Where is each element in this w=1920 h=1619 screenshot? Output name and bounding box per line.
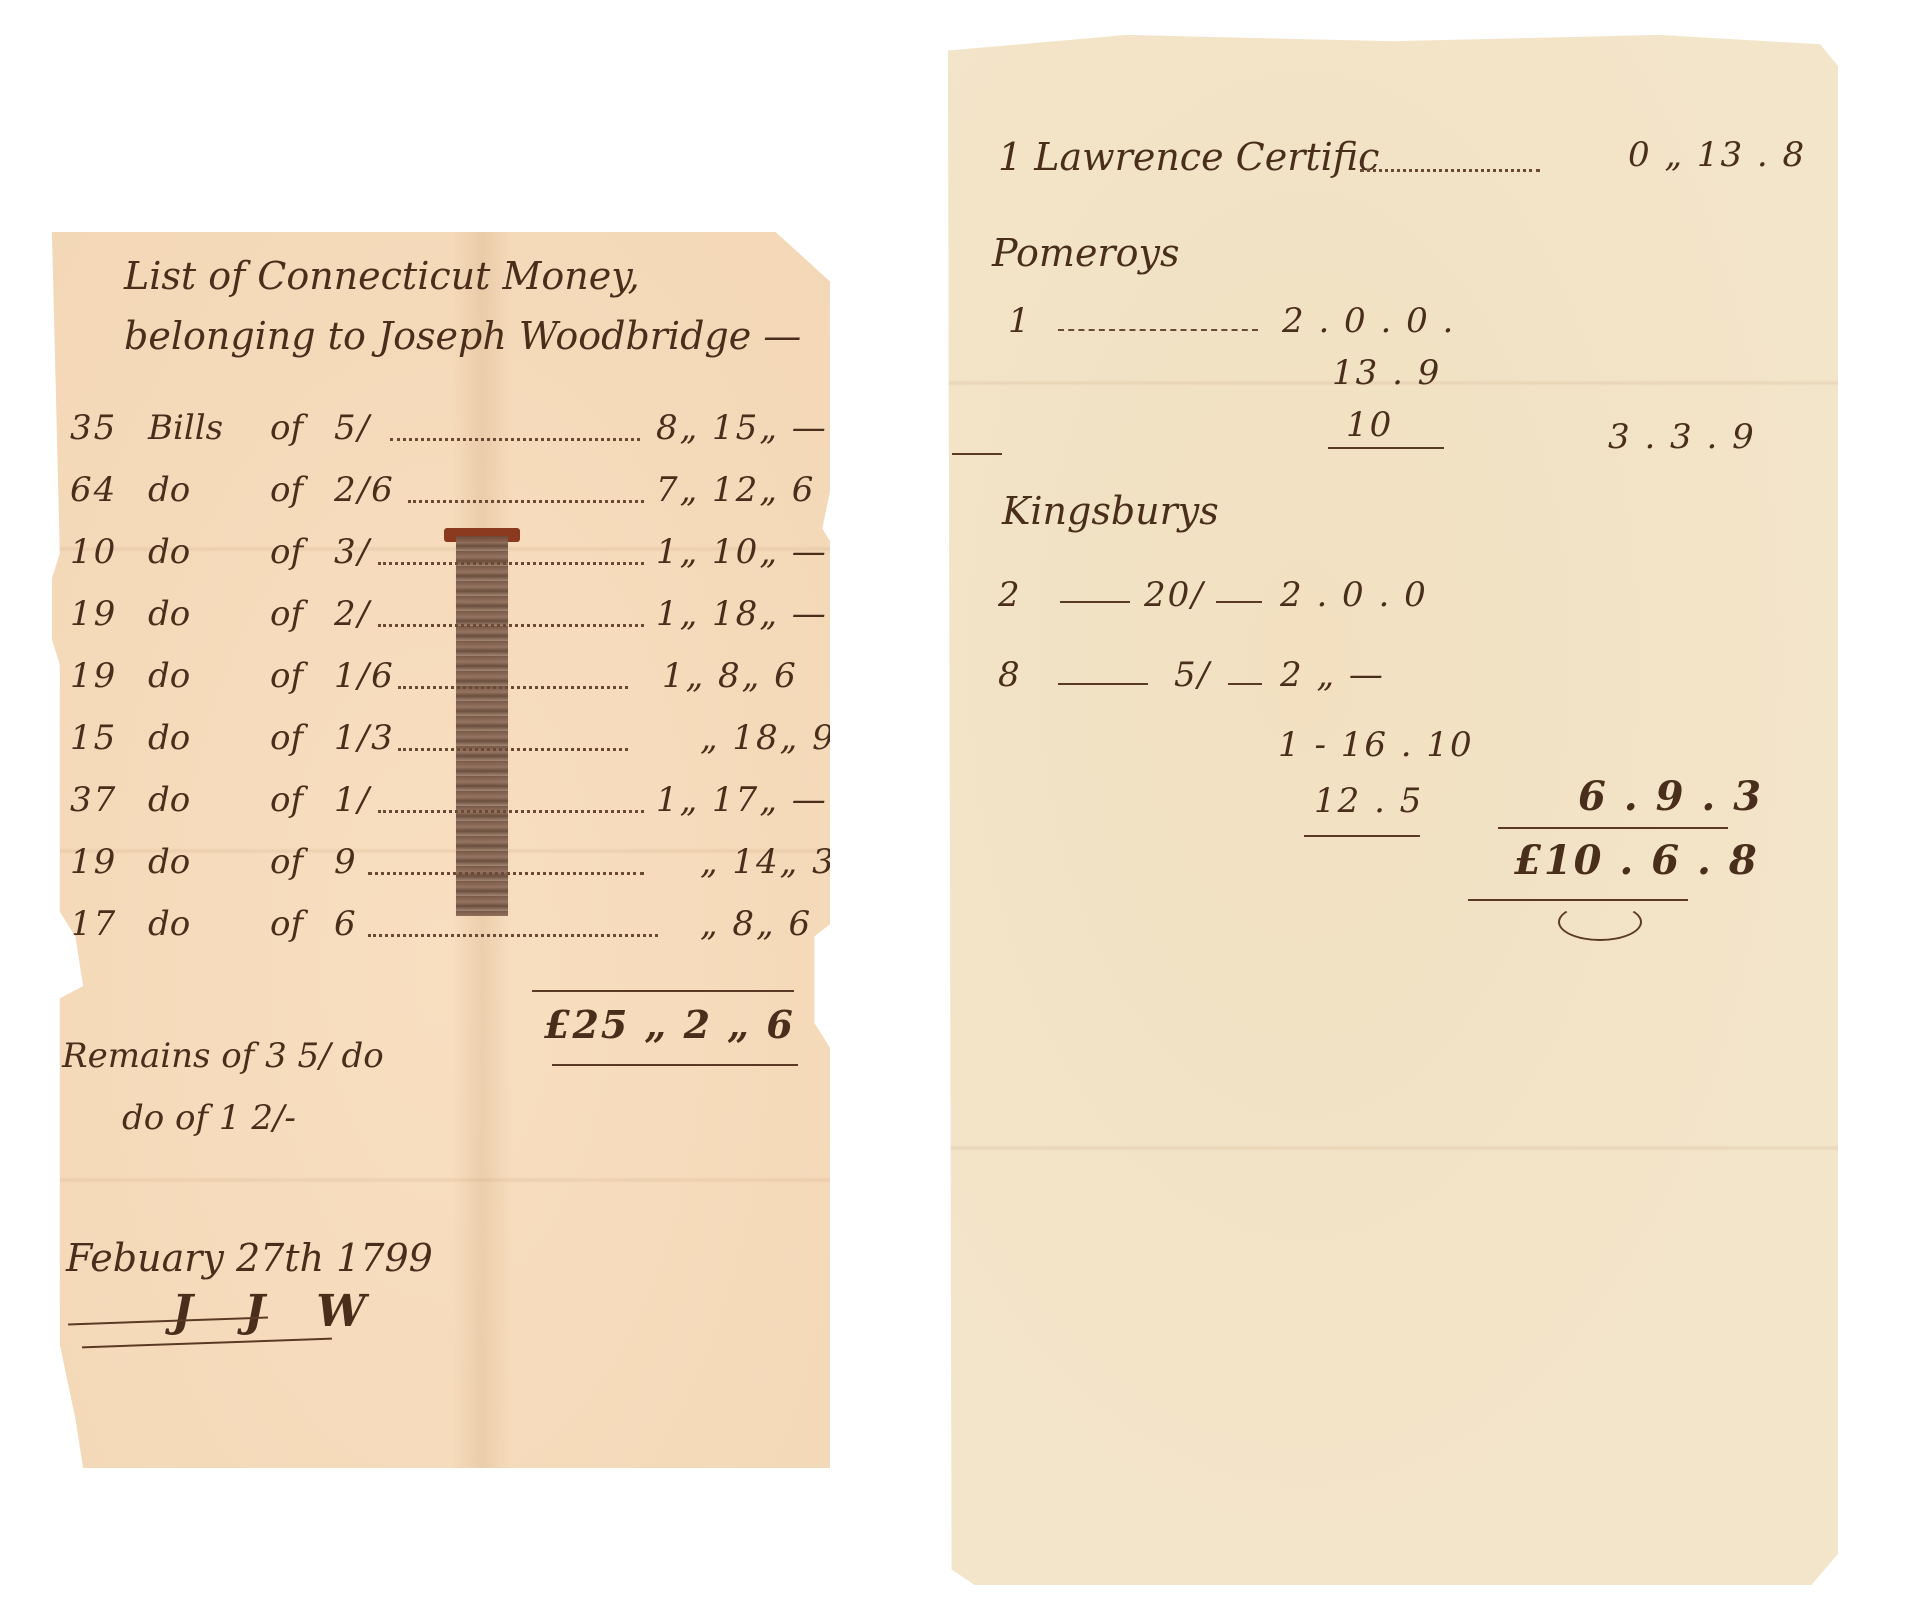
- row-of: of: [270, 904, 303, 944]
- kingsburys-row-label: 2: [998, 575, 1022, 615]
- row-count: 37: [70, 780, 117, 820]
- ledger-title-line2: belonging to Joseph Woodbridge —: [124, 314, 801, 358]
- row-denomination: 2/6: [334, 470, 395, 510]
- certificate-amount: 0 „ 13 . 8: [1628, 135, 1806, 175]
- ledger-total: £25 „ 2 „ 6: [544, 1002, 795, 1047]
- row-amount: 8„ 15„ —: [656, 408, 828, 448]
- row-unit: Bills: [148, 408, 223, 448]
- row-of: of: [270, 780, 303, 820]
- row-count: 19: [70, 842, 117, 882]
- row-count: 35: [70, 408, 117, 448]
- ledger-row: 10 do of 3/ 1„ 10„ —: [52, 532, 830, 592]
- grand-total: £10 . 6 . 8: [1514, 837, 1759, 884]
- leader-rule: [1216, 601, 1262, 603]
- separator-rule: [952, 453, 1002, 455]
- row-count: 19: [70, 594, 117, 634]
- row-count: 64: [70, 470, 117, 510]
- row-of: of: [270, 718, 303, 758]
- signature-underline: [82, 1338, 332, 1349]
- ledger-title-line1: List of Connecticut Money,: [124, 254, 640, 298]
- pomeroys-amount: 2 . 0 . 0 .: [1282, 301, 1455, 341]
- leader-dots: [368, 934, 658, 937]
- row-of: of: [270, 656, 303, 696]
- pomeroys-heading: Pomeroys: [992, 231, 1179, 275]
- row-of: of: [270, 594, 303, 634]
- kingsburys-heading: Kingsburys: [1002, 489, 1219, 533]
- remains-line1: Remains of 3 5/ do: [62, 1036, 384, 1076]
- pomeroys-total: 3 . 3 . 9: [1608, 417, 1756, 457]
- row-amount: 1„ 17„ —: [656, 780, 828, 820]
- ledger-row: 35 Bills of 5/ 8„ 15„ —: [52, 408, 830, 468]
- kingsburys-row-label: 8: [998, 655, 1022, 695]
- row-unit: do: [148, 470, 190, 510]
- ledger-row: 19 do of 2/ 1„ 18„ —: [52, 594, 830, 654]
- leader-dots: [398, 748, 628, 751]
- leader-dots: [378, 810, 644, 813]
- row-of: of: [270, 470, 303, 510]
- pomeroys-row-label: 1: [1008, 301, 1032, 341]
- ledger-row: 64 do of 2/6 7„ 12„ 6: [52, 470, 830, 530]
- sum-rule: [532, 990, 794, 992]
- total-underline: [552, 1064, 798, 1066]
- row-denomination: 3/: [334, 532, 371, 572]
- leader-dashes: [1058, 329, 1258, 331]
- leader-rule: [1060, 601, 1130, 603]
- row-amount: 1„ 8„ 6: [662, 656, 798, 696]
- row-unit: do: [148, 842, 190, 882]
- row-of: of: [270, 408, 303, 448]
- horizontal-fold: [52, 1177, 830, 1183]
- row-denomination: 6: [334, 904, 358, 944]
- leader-dots: [1360, 169, 1540, 172]
- pomeroys-amount: 13 . 9: [1332, 353, 1441, 393]
- row-unit: do: [148, 656, 190, 696]
- row-unit: do: [148, 904, 190, 944]
- right-account-sheet: 1 Lawrence Certific 0 „ 13 . 8 Pomeroys …: [948, 35, 1838, 1585]
- sum-rule: [1328, 447, 1444, 449]
- ledger-row: 19 do of 9 „ 14„ 3: [52, 842, 830, 902]
- row-denomination: 1/3: [334, 718, 395, 758]
- leader-dots: [408, 500, 644, 503]
- flourish: [1558, 903, 1642, 941]
- row-unit: do: [148, 780, 190, 820]
- leader-dots: [378, 562, 644, 565]
- kingsburys-rate: 5/: [1174, 655, 1211, 695]
- leader-dots: [390, 438, 640, 441]
- row-denomination: 5/: [334, 408, 371, 448]
- row-unit: do: [148, 532, 190, 572]
- leader-dots: [378, 624, 644, 627]
- row-denomination: 1/: [334, 780, 371, 820]
- pomeroys-amount: 10: [1346, 405, 1393, 445]
- grand-total-underline: [1468, 899, 1688, 901]
- ledger-row: 19 do of 1/6 1„ 8„ 6: [52, 656, 830, 716]
- row-of: of: [270, 532, 303, 572]
- signature-initials: J J W: [172, 1286, 384, 1337]
- kingsburys-amount: 12 . 5: [1314, 781, 1423, 821]
- ledger-row: 15 do of 1/3 „ 18„ 9: [52, 718, 830, 778]
- kingsburys-amount: 2 . 0 . 0: [1280, 575, 1428, 615]
- left-ledger-sheet: List of Connecticut Money, belonging to …: [52, 232, 830, 1468]
- certificate-label: 1 Lawrence Certific: [998, 135, 1379, 179]
- row-count: 17: [70, 904, 117, 944]
- horizontal-fold: [948, 1145, 1838, 1151]
- row-of: of: [270, 842, 303, 882]
- row-count: 10: [70, 532, 117, 572]
- remains-line2: do of 1 2/-: [122, 1098, 296, 1138]
- row-unit: do: [148, 718, 190, 758]
- kingsburys-amount: 2 „ —: [1280, 655, 1385, 695]
- row-denomination: 2/: [334, 594, 371, 634]
- row-amount: „ 14„ 3: [700, 842, 836, 882]
- row-denomination: 9: [334, 842, 358, 882]
- row-amount: „ 18„ 9: [700, 718, 836, 758]
- row-amount: 1„ 10„ —: [656, 532, 828, 572]
- kingsburys-rate: 20/: [1144, 575, 1205, 615]
- document-date: Febuary 27th 1799: [66, 1236, 433, 1280]
- leader-rule: [1058, 683, 1148, 685]
- ledger-row: 37 do of 1/ 1„ 17„ —: [52, 780, 830, 840]
- ledger-row: 17 do of 6 „ 8„ 6: [52, 904, 830, 964]
- row-unit: do: [148, 594, 190, 634]
- row-count: 15: [70, 718, 117, 758]
- row-amount: 1„ 18„ —: [656, 594, 828, 634]
- leader-dots: [368, 872, 644, 875]
- row-denomination: 1/6: [334, 656, 395, 696]
- row-count: 19: [70, 656, 117, 696]
- row-amount: „ 8„ 6: [700, 904, 812, 944]
- sum-rule: [1304, 835, 1420, 837]
- leader-dots: [398, 686, 628, 689]
- row-amount: 7„ 12„ 6: [656, 470, 815, 510]
- total-rule: [1498, 827, 1728, 829]
- leader-rule: [1228, 683, 1262, 685]
- kingsburys-total: 6 . 9 . 3: [1578, 773, 1763, 820]
- kingsburys-amount: 1 - 16 . 10: [1278, 725, 1474, 765]
